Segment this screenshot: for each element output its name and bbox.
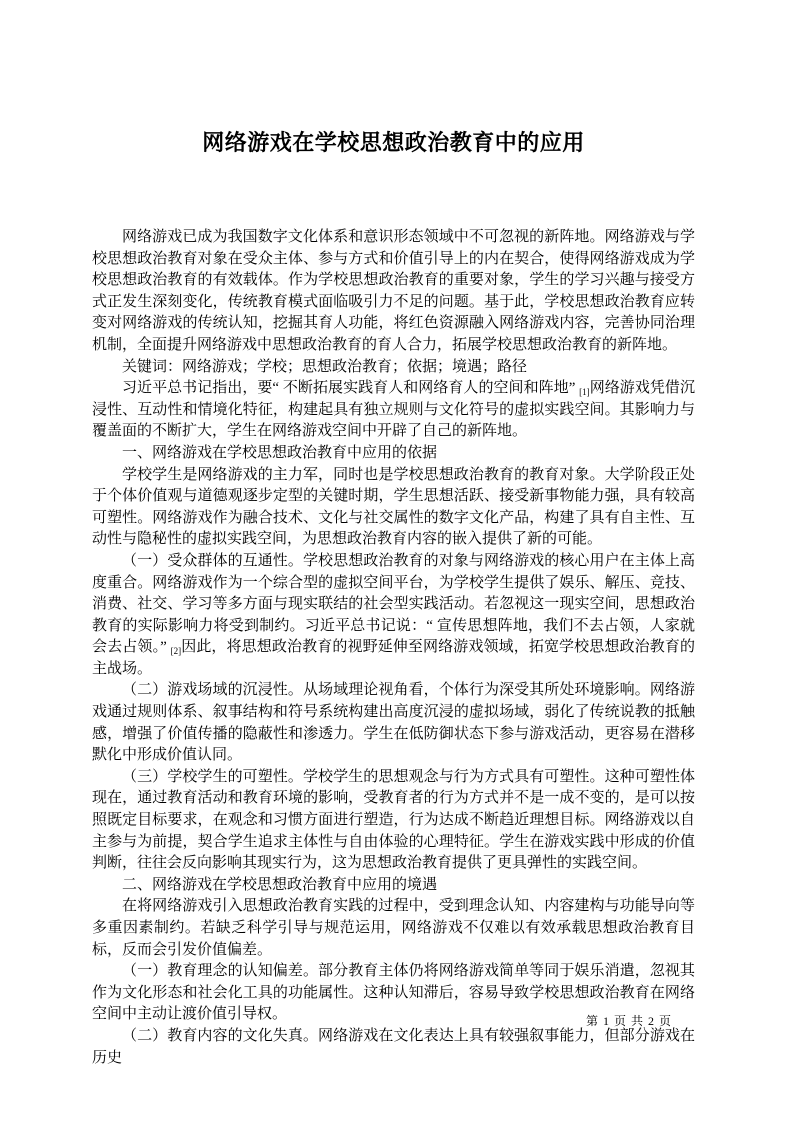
intro-text-pre: 习近平总书记指出，要“ 不断拓展实践育人和网络育人的空间和阵地”	[122, 380, 579, 396]
citation-ref-2: [2]	[171, 646, 182, 656]
document-body: 网络游戏已成为我国数字文化体系和意识形态领域中不可忽视的新阵地。网络游戏与学校思…	[92, 227, 695, 1069]
document-content: 网络游戏在学校思想政治教育中的应用 网络游戏已成为我国数字文化体系和意识形态领域…	[0, 0, 793, 1069]
section-2-heading: 二、网络游戏在学校思想政治教育中应用的境遇	[92, 875, 695, 897]
section-1-paragraph-2-post: 因此，将思想政治教育的视野延伸至网络游戏领域，拓宽学校思想政治教育的主战场。	[92, 639, 695, 677]
section-1-paragraph-1: 学校学生是网络游戏的主力军，同时也是学校思想政治教育的教育对象。大学阶段正处于个…	[92, 465, 695, 551]
page-number-label: 第 1 页 共 2 页	[586, 1013, 672, 1030]
intro-paragraph: 习近平总书记指出，要“ 不断拓展实践育人和网络育人的空间和阵地” [1]网络游戏…	[92, 378, 695, 443]
section-1-heading: 一、网络游戏在学校思想政治教育中应用的依据	[92, 443, 695, 465]
document-title: 网络游戏在学校思想政治教育中的应用	[92, 131, 695, 155]
section-1-paragraph-4: （三）学校学生的可塑性。学校学生的思想观念与行为方式具有可塑性。这种可塑性体现在…	[92, 767, 695, 875]
section-1-paragraph-3: （二）游戏场域的沉浸性。从场域理论视角看，个体行为深受其所处环境影响。网络游戏通…	[92, 680, 695, 766]
document-page: 网络游戏在学校思想政治教育中的应用 网络游戏已成为我国数字文化体系和意识形态领域…	[0, 0, 793, 1122]
section-2-paragraph-3: （二）教育内容的文化失真。网络游戏在文化表达上具有较强叙事能力，但部分游戏在历史	[92, 1026, 695, 1069]
abstract-paragraph: 网络游戏已成为我国数字文化体系和意识形态领域中不可忽视的新阵地。网络游戏与学校思…	[92, 227, 695, 357]
keywords-line: 关键词：网络游戏；学校；思想政治教育；依据；境遇；路径	[92, 357, 695, 379]
section-1-paragraph-2: （一）受众群体的互通性。学校思想政治教育的对象与网络游戏的核心用户在主体上高度重…	[92, 551, 695, 681]
section-2-paragraph-1: 在将网络游戏引入思想政治教育实践的过程中，受到理念认知、内容建构与功能导向等多重…	[92, 896, 695, 961]
citation-ref-1: [1]	[579, 387, 590, 397]
